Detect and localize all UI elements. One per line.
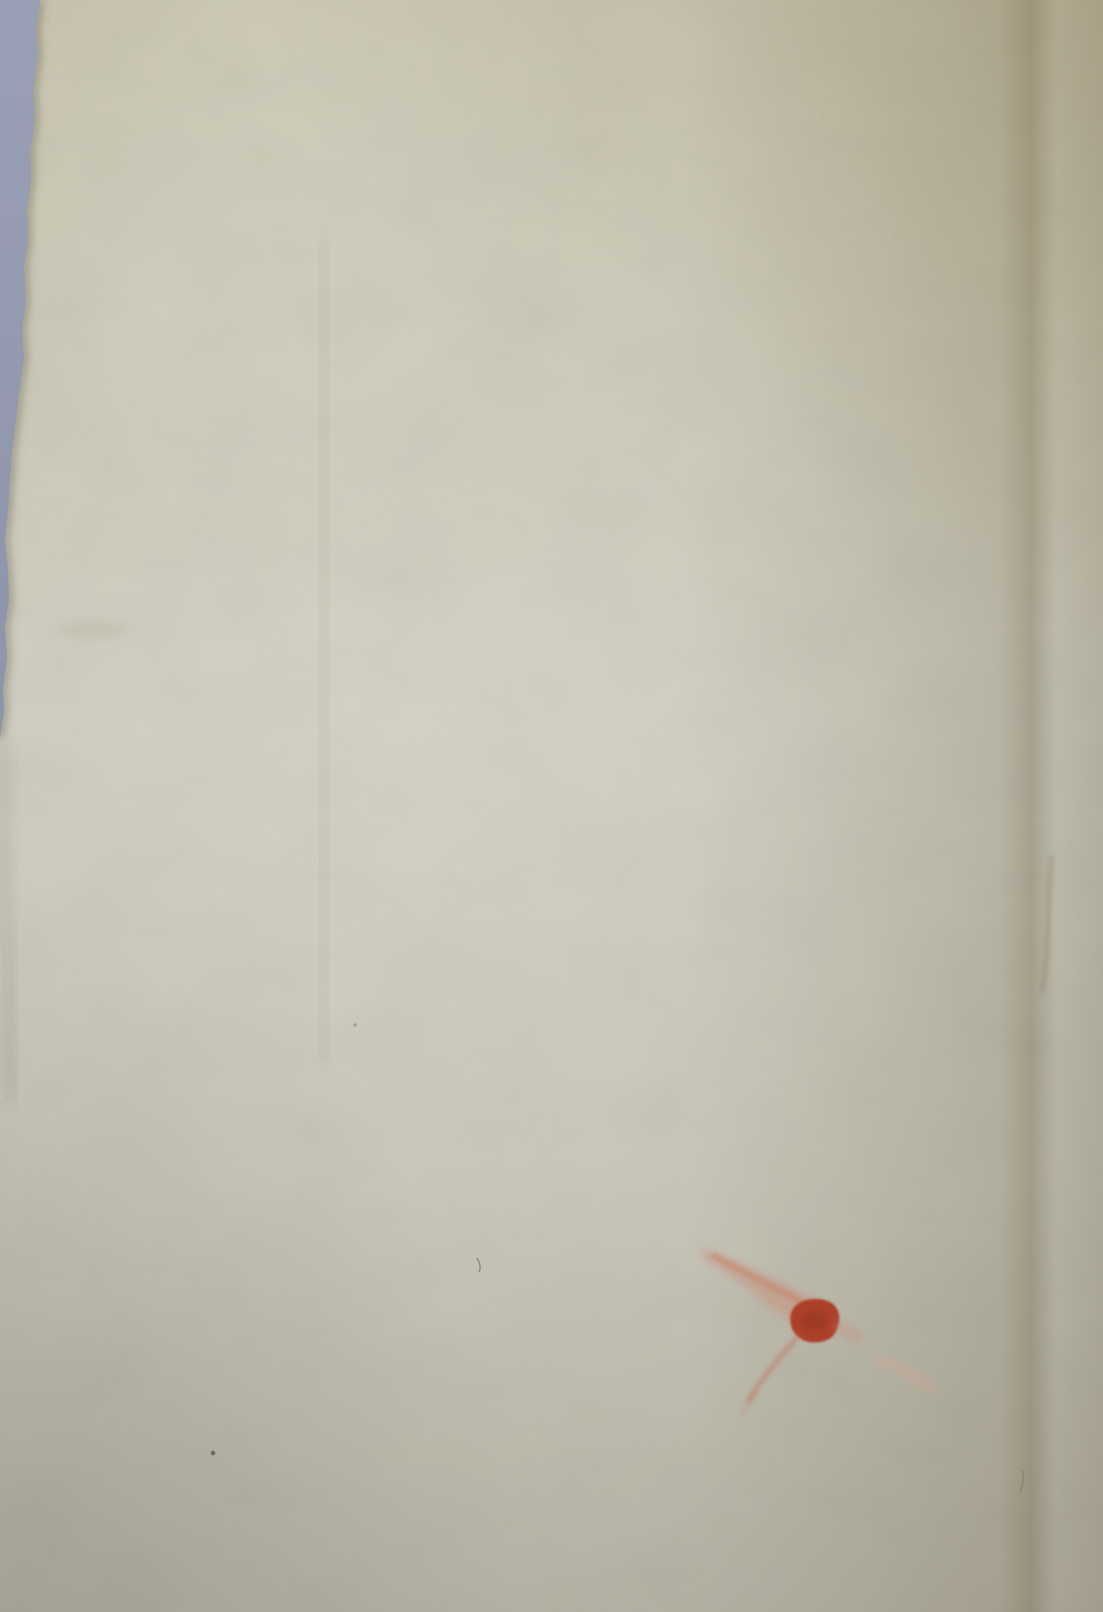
faint-smudge [58,622,126,638]
book-page [0,0,1103,1612]
photo-canvas [0,0,1103,1612]
center-crease-line [322,240,326,1060]
ink-stain-core [801,1311,827,1331]
paper-speck [211,1451,216,1456]
paper-speck-small [353,1023,357,1027]
photo-blank-book-page [0,0,1103,1612]
top-right-vignette [0,0,1103,1612]
